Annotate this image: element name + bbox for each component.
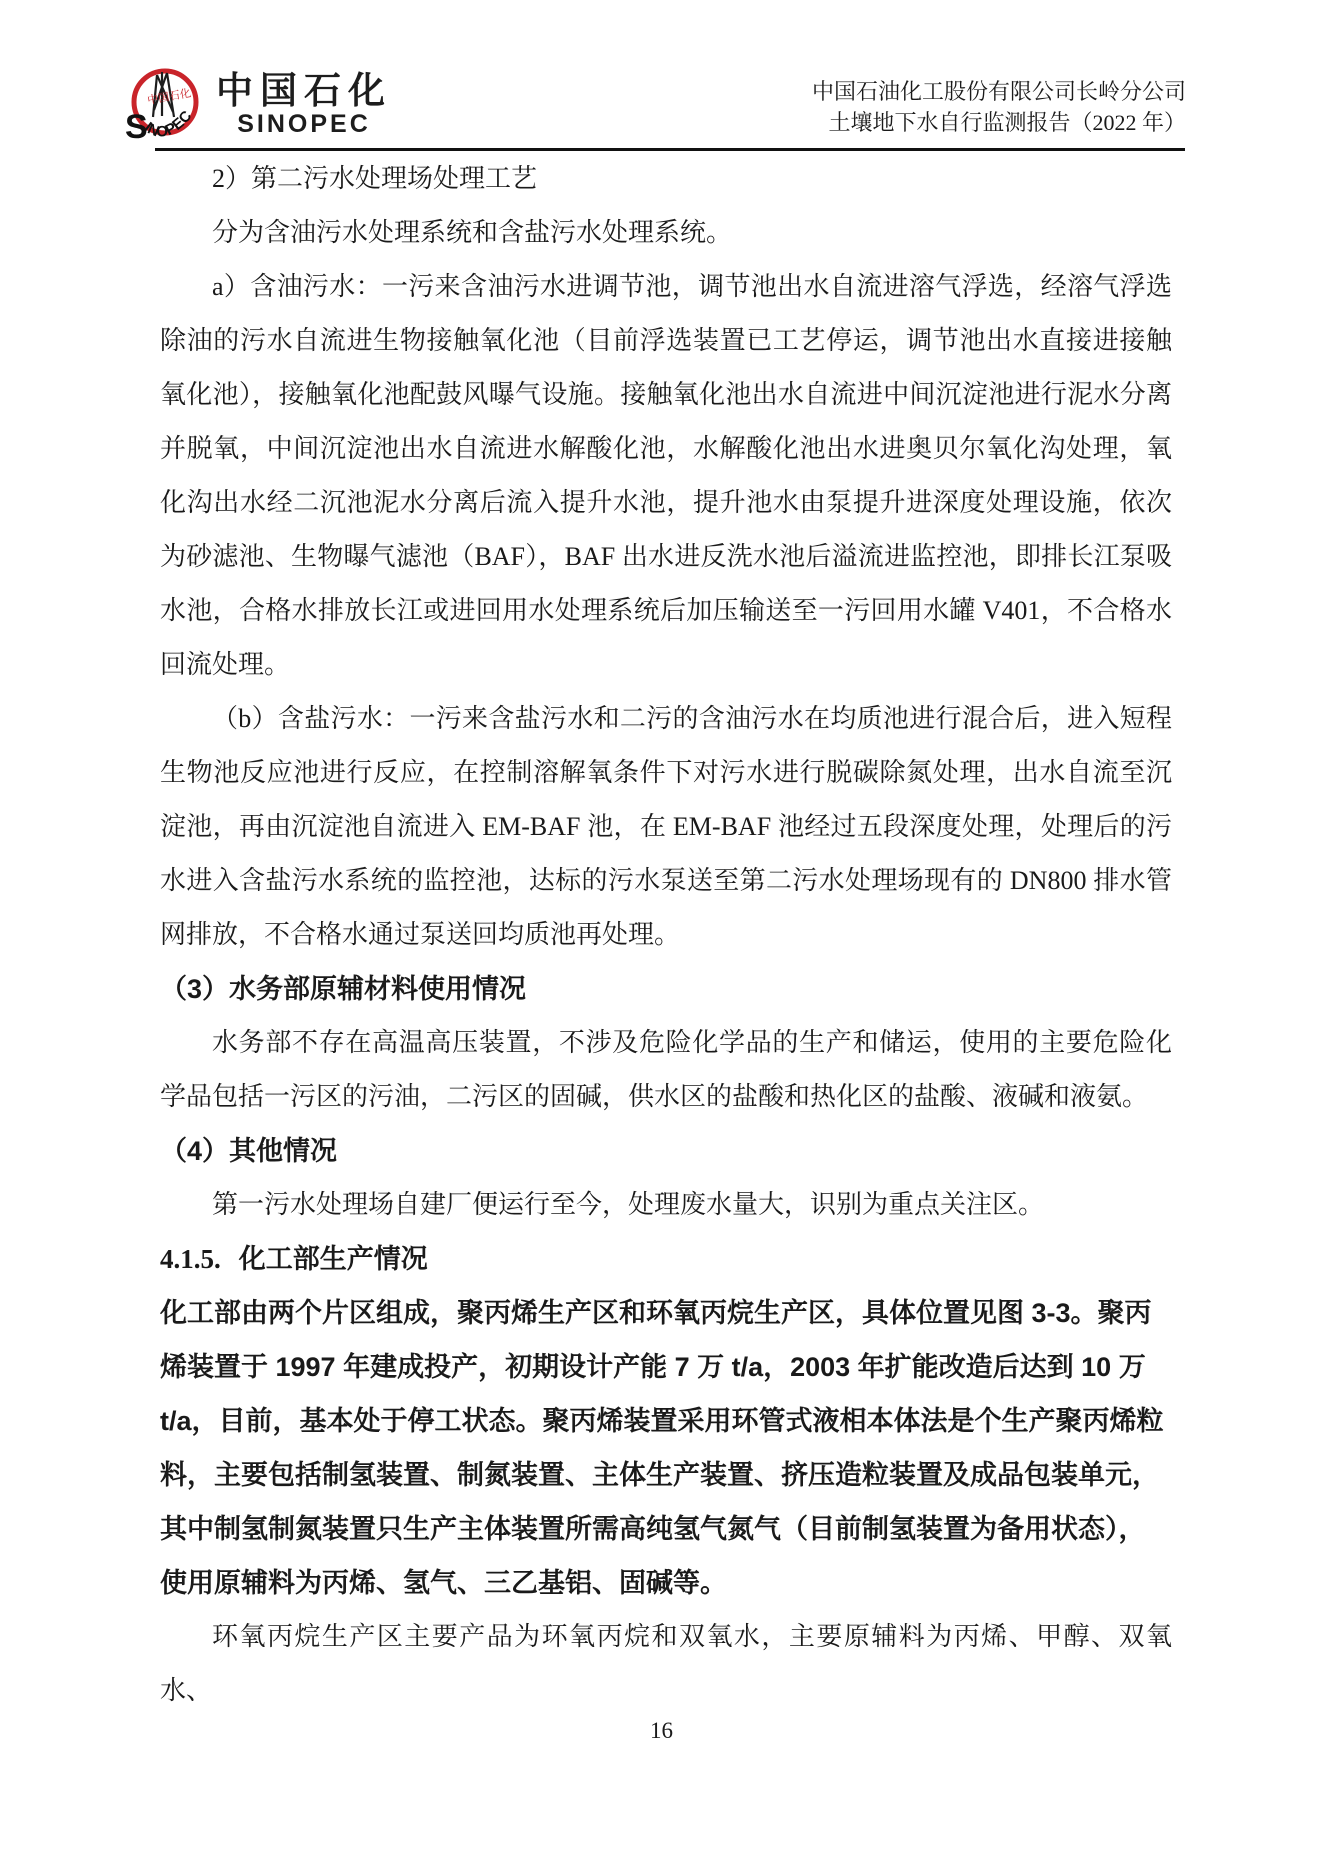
sinopec-logo: 中国石化 S INOPEC 中国石化 SINOPEC (124, 62, 392, 146)
section-number: 4.1.5. (160, 1244, 221, 1274)
paragraph: 环氧丙烷生产区主要产品为环氧丙烷和双氧水，主要原辅料为丙烯、甲醇、双氧水、 (160, 1610, 1172, 1718)
sinopec-emblem-icon: 中国石化 S INOPEC (124, 62, 202, 146)
emblem-arc-text: INOPEC (141, 108, 195, 141)
brand-name-cn: 中国石化 (216, 72, 392, 109)
header-right-block: 中国石油化工股份有限公司长岭分公司 土壤地下水自行监测报告（2022 年） (812, 76, 1186, 138)
paragraph: a）含油污水：一污来含油污水进调节池，调节池出水自流进溶气浮选，经溶气浮选除油的… (160, 260, 1172, 692)
subsection-heading: （3）水务部原辅材料使用情况 (160, 962, 1172, 1016)
brand-block: 中国石化 SINOPEC (216, 72, 392, 137)
svg-text:INOPEC: INOPEC (141, 108, 195, 141)
subsection-heading: 化工部由两个片区组成，聚丙烯生产区和环氧丙烷生产区，具体位置见图 3-3。聚丙烯… (160, 1286, 1172, 1610)
document-body: 2）第二污水处理场处理工艺 分为含油污水处理系统和含盐污水处理系统。 a）含油污… (160, 152, 1172, 1718)
brand-name-en: SINOPEC (237, 112, 371, 137)
paragraph: 分为含油污水处理系统和含盐污水处理系统。 (160, 206, 1172, 260)
document-page: 中国石化 S INOPEC 中国石化 SINOPEC 中国石油化工股份有限公司长… (0, 0, 1323, 1871)
paragraph: （b）含盐污水：一污来含盐污水和二污的含油污水在均质池进行混合后，进入短程生物池… (160, 692, 1172, 962)
subsection-heading: （4）其他情况 (160, 1124, 1172, 1178)
section-heading: 4.1.5.化工部生产情况 (160, 1232, 1172, 1286)
paragraph: 2）第二污水处理场处理工艺 (160, 152, 1172, 206)
header-company-line: 中国石油化工股份有限公司长岭分公司 (812, 76, 1186, 107)
page-number: 16 (0, 1718, 1323, 1744)
paragraph: 第一污水处理场自建厂便运行至今，处理废水量大，识别为重点关注区。 (160, 1178, 1172, 1232)
header-report-line: 土壤地下水自行监测报告（2022 年） (812, 107, 1186, 138)
emblem-letter-s: S (125, 108, 148, 146)
section-label: 化工部生产情况 (239, 1244, 428, 1274)
paragraph: 水务部不存在高温高压装置，不涉及危险化学品的生产和储运，使用的主要危险化学品包括… (160, 1016, 1172, 1124)
header-rule (155, 148, 1185, 151)
